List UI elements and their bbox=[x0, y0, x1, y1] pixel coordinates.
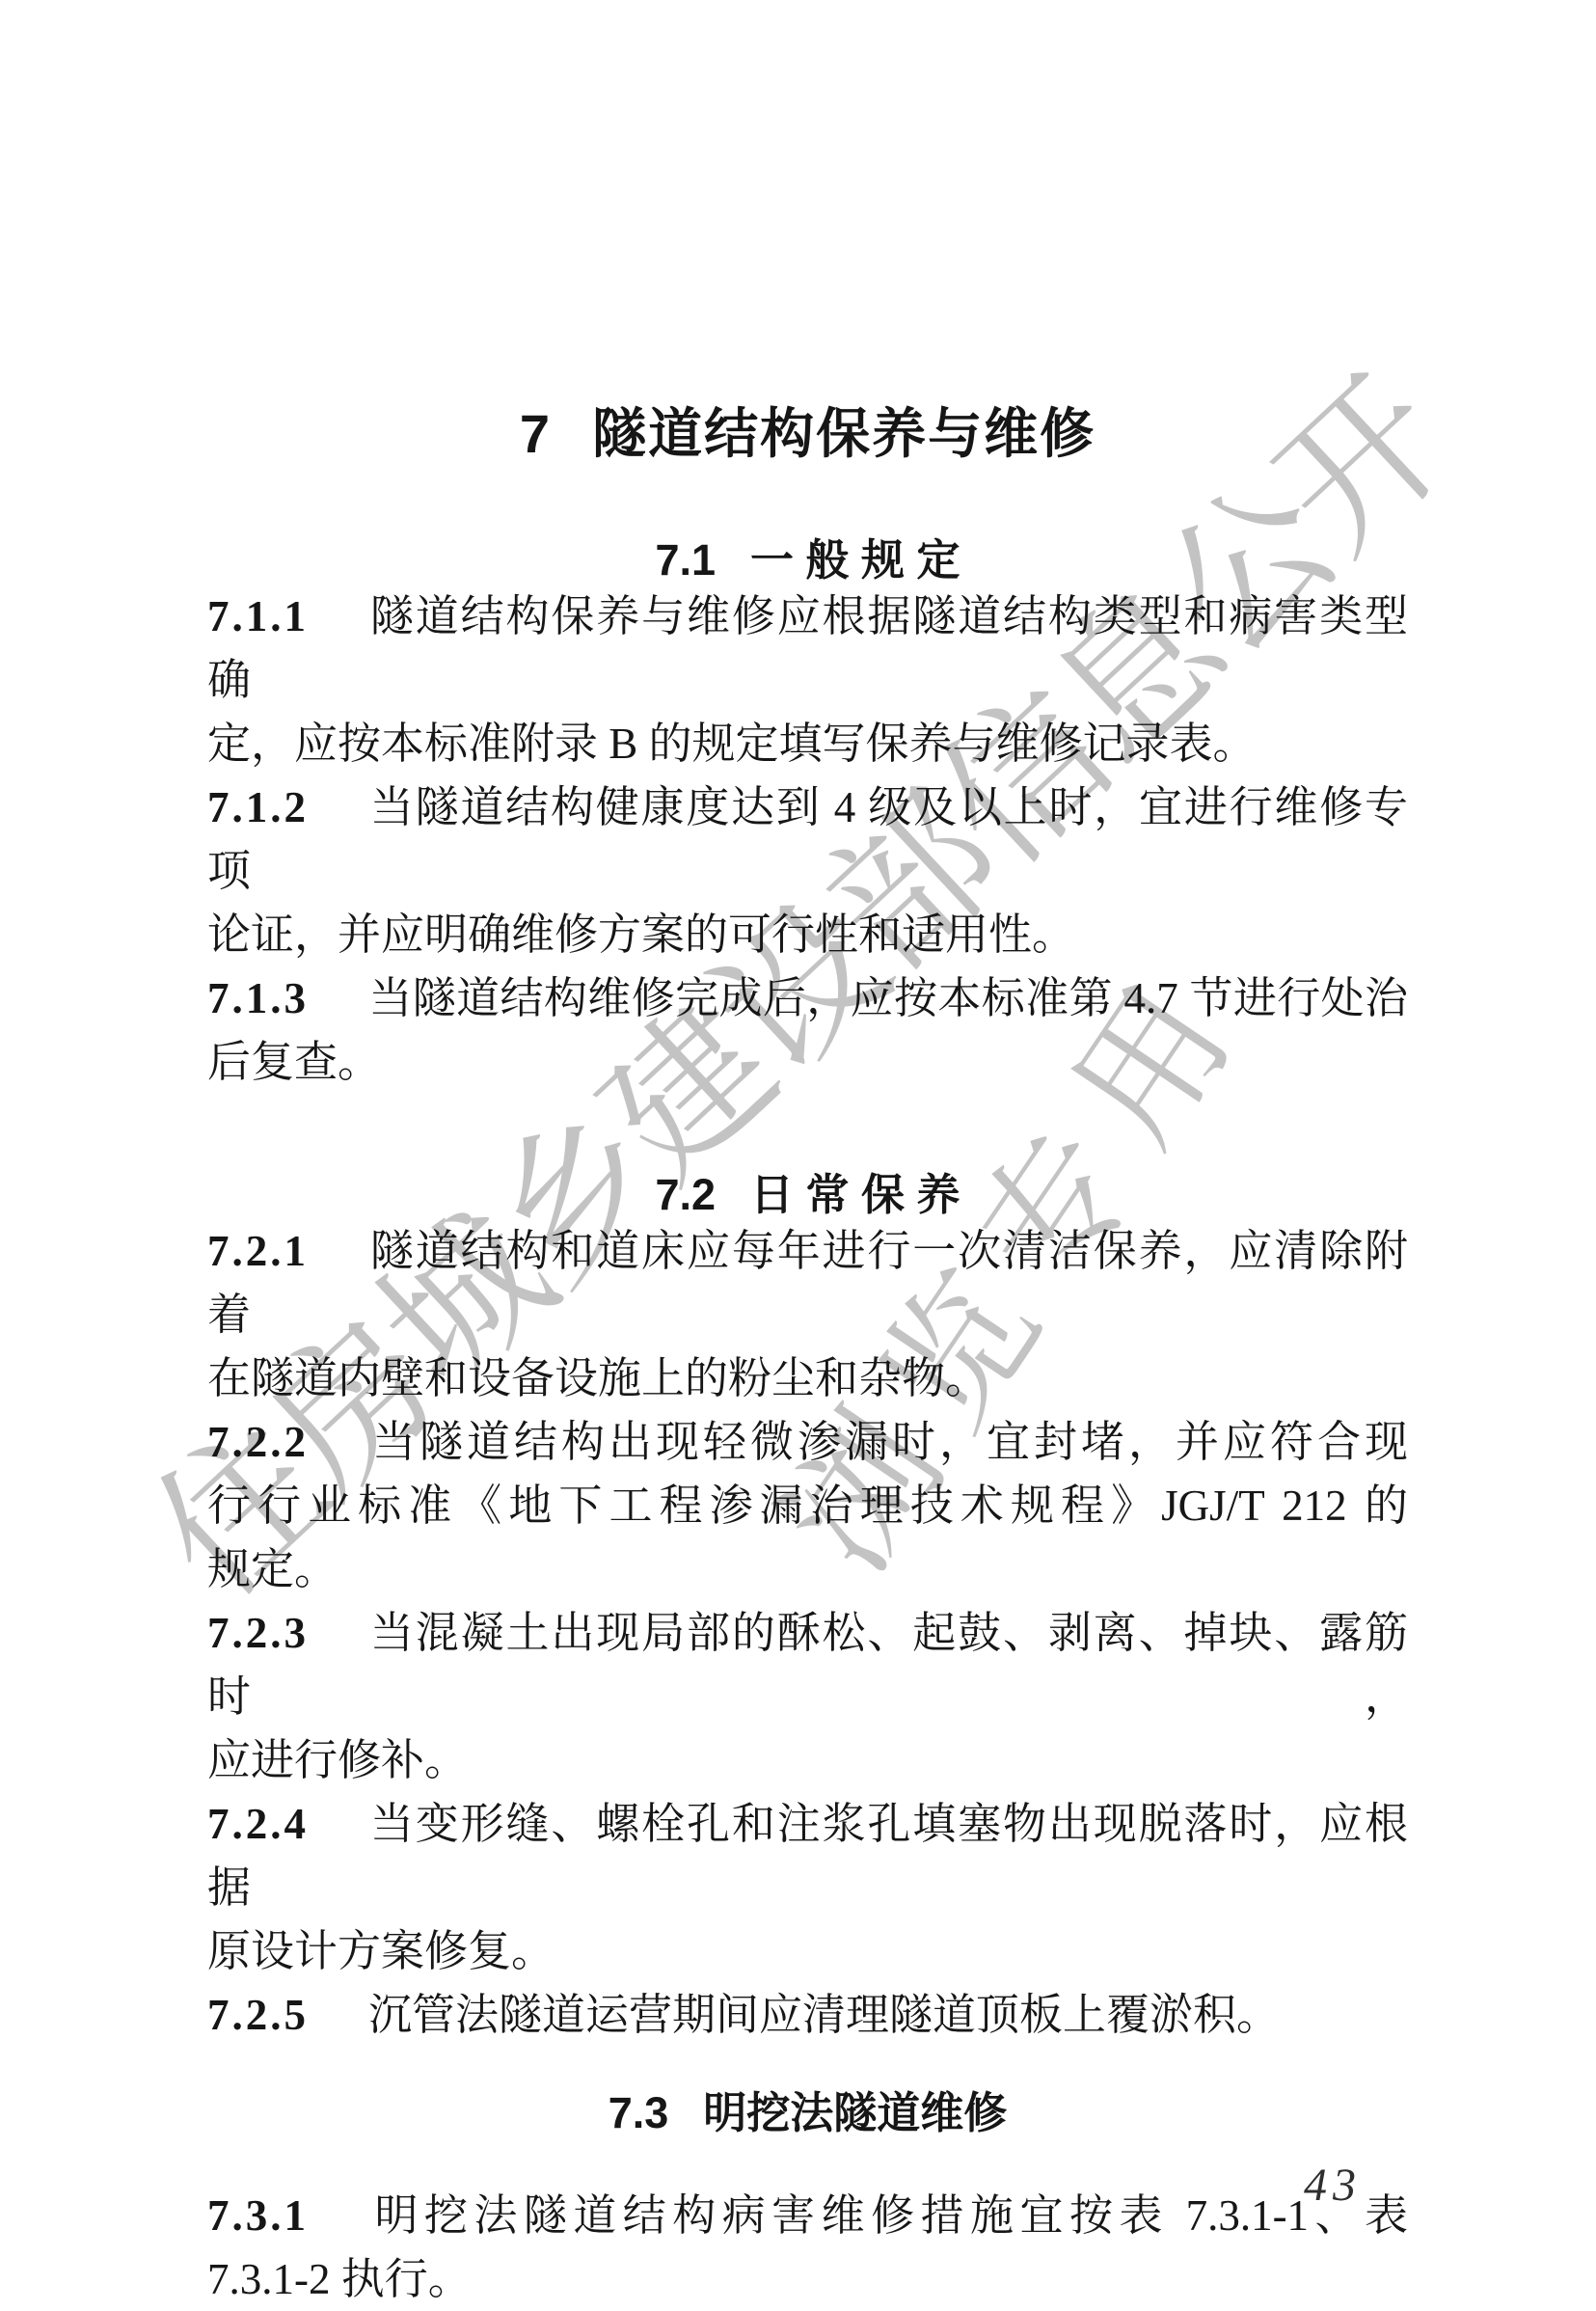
clause-number: 7.1.2 bbox=[207, 783, 309, 831]
clause-line: 7.2.4当变形缝、螺栓孔和注浆孔填塞物出现脱落时，应根据 bbox=[207, 1792, 1408, 1919]
clause-text: 定，应按本标准附录 B 的规定填写保养与维修记录表。 bbox=[207, 720, 1257, 768]
section-heading: 7.3明挖法隧道维修 bbox=[207, 2089, 1408, 2137]
section-heading: 7.2日 常 保 养 bbox=[207, 1171, 1408, 1219]
chapter-title: 7隧道结构保养与维修 bbox=[207, 405, 1408, 463]
clause-text: 沉管法隧道运营期间应清理隧道顶板上覆淤积。 bbox=[368, 1991, 1280, 2039]
clause-line: 论证，并应明确维修方案的可行性和适用性。 bbox=[207, 903, 1408, 966]
clause-number: 7.2.1 bbox=[207, 1227, 309, 1275]
clause-7.1.1: 7.1.1隧道结构保养与维修应根据隧道结构类型和病害类型确定，应按本标准附录 B… bbox=[207, 585, 1408, 775]
section-title-text: 一 般 规 定 bbox=[750, 535, 960, 585]
clause-line: 7.1.1隧道结构保养与维修应根据隧道结构类型和病害类型确 bbox=[207, 585, 1408, 712]
clause-number: 7.3.1 bbox=[207, 2191, 309, 2240]
section-number: 7.1 bbox=[655, 535, 716, 585]
content: 7隧道结构保养与维修7.1一 般 规 定7.1.1隧道结构保养与维修应根据隧道结… bbox=[207, 0, 1408, 2311]
clause-line: 行行业标准《地下工程渗漏治理技术规程》JGJ/T 212 的 bbox=[207, 1474, 1408, 1537]
clause-text: 当混凝土出现局部的酥松、起鼓、剥离、掉块、露筋时， bbox=[207, 1609, 1408, 1721]
clause-text: 当变形缝、螺栓孔和注浆孔填塞物出现脱落时，应根据 bbox=[207, 1800, 1408, 1912]
clause-line: 应进行修补。 bbox=[207, 1728, 1408, 1792]
clause-7.1.2: 7.1.2当隧道结构健康度达到 4 级及以上时，宜进行维修专项论证，并应明确维修… bbox=[207, 775, 1408, 966]
clause-7.2.3: 7.2.3当混凝土出现局部的酥松、起鼓、剥离、掉块、露筋时，应进行修补。 bbox=[207, 1601, 1408, 1792]
clause-7.3.1: 7.3.1明挖法隧道结构病害维修措施宜按表 7.3.1-1、表7.3.1-2 执… bbox=[207, 2184, 1408, 2311]
clause-text: 隧道结构保养与维修应根据隧道结构类型和病害类型确 bbox=[207, 592, 1408, 704]
clause-text: 当隧道结构出现轻微渗漏时，宜封堵，并应符合现 bbox=[368, 1418, 1408, 1466]
clause-text: 行行业标准《地下工程渗漏治理技术规程》JGJ/T 212 的 bbox=[207, 1482, 1408, 1530]
clause-7.2.2: 7.2.2当隧道结构出现轻微渗漏时，宜封堵，并应符合现行行业标准《地下工程渗漏治… bbox=[207, 1410, 1408, 1601]
clause-line: 7.1.3当隧道结构维修完成后，应按本标准第 4.7 节进行处治 bbox=[207, 966, 1408, 1030]
clause-line: 在隧道内壁和设备设施上的粉尘和杂物。 bbox=[207, 1346, 1408, 1410]
section-title-text: 日 常 保 养 bbox=[750, 1170, 960, 1219]
clause-7.2.1: 7.2.1隧道结构和道床应每年进行一次清洁保养，应清除附着在隧道内壁和设备设施上… bbox=[207, 1219, 1408, 1410]
section-heading: 7.1一 般 规 定 bbox=[207, 536, 1408, 585]
clause-line: 7.2.1隧道结构和道床应每年进行一次清洁保养，应清除附着 bbox=[207, 1219, 1408, 1346]
document-page: 住房城乡建设部信息公开 浏览专用 7隧道结构保养与维修7.1一 般 规 定7.1… bbox=[0, 0, 1596, 2311]
clause-number: 7.1.1 bbox=[207, 592, 309, 640]
clause-number: 7.2.4 bbox=[207, 1800, 309, 1848]
clause-line: 定，应按本标准附录 B 的规定填写保养与维修记录表。 bbox=[207, 712, 1408, 775]
section-number: 7.3 bbox=[609, 2088, 669, 2137]
clause-text: 在隧道内壁和设备设施上的粉尘和杂物。 bbox=[207, 1354, 988, 1402]
clause-text: 论证，并应明确维修方案的可行性和适用性。 bbox=[207, 911, 1075, 959]
clause-text: 后复查。 bbox=[207, 1038, 381, 1086]
clause-number: 7.2.2 bbox=[207, 1418, 309, 1466]
clause-line: 规定。 bbox=[207, 1537, 1408, 1601]
clause-number: 7.1.3 bbox=[207, 974, 309, 1022]
clause-text: 当隧道结构健康度达到 4 级及以上时，宜进行维修专项 bbox=[207, 783, 1408, 895]
section-number: 7.2 bbox=[655, 1170, 716, 1219]
clause-text: 原设计方案修复。 bbox=[207, 1927, 555, 1975]
clause-7.2.4: 7.2.4当变形缝、螺栓孔和注浆孔填塞物出现脱落时，应根据原设计方案修复。 bbox=[207, 1792, 1408, 1983]
clause-text: 7.3.1-2 执行。 bbox=[207, 2255, 472, 2303]
clause-number: 7.2.3 bbox=[207, 1609, 309, 1657]
clause-text: 隧道结构和道床应每年进行一次清洁保养，应清除附着 bbox=[207, 1227, 1408, 1339]
clause-text: 应进行修补。 bbox=[207, 1736, 468, 1784]
chapter-title-text: 隧道结构保养与维修 bbox=[592, 403, 1096, 464]
clause-line: 7.3.1明挖法隧道结构病害维修措施宜按表 7.3.1-1、表 bbox=[207, 2184, 1408, 2247]
clause-text: 明挖法隧道结构病害维修措施宜按表 7.3.1-1、表 bbox=[368, 2191, 1408, 2240]
section-title-text: 明挖法隧道维修 bbox=[703, 2088, 1007, 2137]
clause-7.1.3: 7.1.3当隧道结构维修完成后，应按本标准第 4.7 节进行处治后复查。 bbox=[207, 966, 1408, 1094]
clause-7.2.5: 7.2.5沉管法隧道运营期间应清理隧道顶板上覆淤积。 bbox=[207, 1983, 1408, 2047]
clause-line: 后复查。 bbox=[207, 1030, 1408, 1094]
clause-line: 7.2.5沉管法隧道运营期间应清理隧道顶板上覆淤积。 bbox=[207, 1983, 1408, 2047]
clause-text: 规定。 bbox=[207, 1545, 338, 1593]
clause-text: 当隧道结构维修完成后，应按本标准第 4.7 节进行处治 bbox=[368, 974, 1408, 1022]
clause-line: 7.3.1-2 执行。 bbox=[207, 2247, 1408, 2311]
clause-line: 7.2.3当混凝土出现局部的酥松、起鼓、剥离、掉块、露筋时， bbox=[207, 1601, 1408, 1728]
clause-number: 7.2.5 bbox=[207, 1991, 309, 2039]
clause-line: 原设计方案修复。 bbox=[207, 1919, 1408, 1983]
chapter-number: 7 bbox=[520, 403, 552, 464]
page-number: 43 bbox=[1304, 2159, 1362, 2212]
clause-line: 7.2.2当隧道结构出现轻微渗漏时，宜封堵，并应符合现 bbox=[207, 1410, 1408, 1474]
clause-line: 7.1.2当隧道结构健康度达到 4 级及以上时，宜进行维修专项 bbox=[207, 775, 1408, 903]
